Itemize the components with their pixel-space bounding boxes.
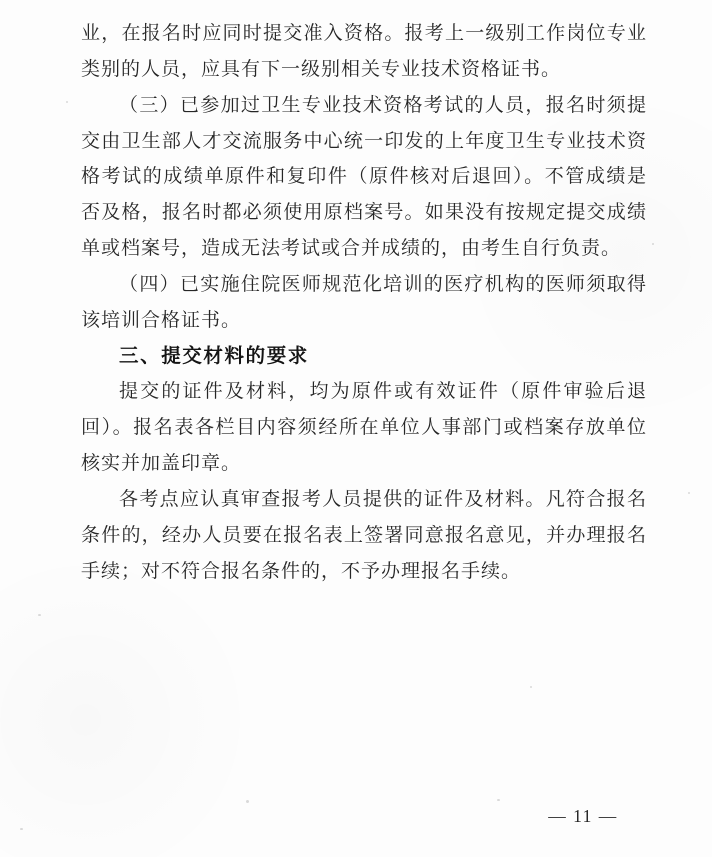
scan-speckle xyxy=(497,799,500,801)
text-line: 核实并加盖印章。 xyxy=(81,446,647,482)
text-line: 提交的证件及材料，均为原件或有效证件（原件审验后退 xyxy=(81,374,647,410)
scan-speckle xyxy=(66,101,68,103)
text-line: 交由卫生部人才交流服务中心统一印发的上年度卫生专业技术资 xyxy=(81,124,647,160)
text-line: （三）已参加过卫生专业技术资格考试的人员，报名时须提 xyxy=(81,88,647,124)
document-page: 业，在报名时应同时提交准入资格。报考上一级别工作岗位专业 类别的人员，应具有下一… xyxy=(0,0,712,857)
scan-speckle xyxy=(530,686,532,688)
text-line: 手续；对不符合报名条件的，不予办理报名手续。 xyxy=(81,554,647,590)
text-line: 该培训合格证书。 xyxy=(81,303,647,339)
text-line: （四）已实施住院医师规范化培训的医疗机构的医师须取得 xyxy=(81,267,647,303)
document-body: 业，在报名时应同时提交准入资格。报考上一级别工作岗位专业 类别的人员，应具有下一… xyxy=(81,16,647,590)
text-line: 格考试的成绩单原件和复印件（原件核对后退回）。不管成绩是 xyxy=(81,159,647,195)
scan-speckle xyxy=(38,614,41,616)
text-line: 类别的人员，应具有下一级别相关专业技术资格证书。 xyxy=(81,52,647,88)
text-line: 条件的，经办人员要在报名表上签署同意报名意见，并办理报名 xyxy=(81,518,647,554)
page-number: — 11 — xyxy=(543,806,623,827)
text-line: 单或档案号，造成无法考试或合并成绩的，由考生自行负责。 xyxy=(81,231,647,267)
text-line: 各考点应认真审查报考人员提供的证件及材料。凡符合报名 xyxy=(81,482,647,518)
text-line: 回）。报名表各栏目内容须经所在单位人事部门或档案存放单位 xyxy=(81,410,647,446)
section-heading: 三、提交材料的要求 xyxy=(81,339,647,375)
scan-speckle xyxy=(652,243,654,245)
scan-speckle xyxy=(20,828,23,830)
scan-speckle xyxy=(688,492,690,494)
scan-speckle xyxy=(246,800,249,803)
text-line: 否及格，报名时都必须使用原档案号。如果没有按规定提交成绩 xyxy=(81,195,647,231)
text-line: 业，在报名时应同时提交准入资格。报考上一级别工作岗位专业 xyxy=(81,16,647,52)
